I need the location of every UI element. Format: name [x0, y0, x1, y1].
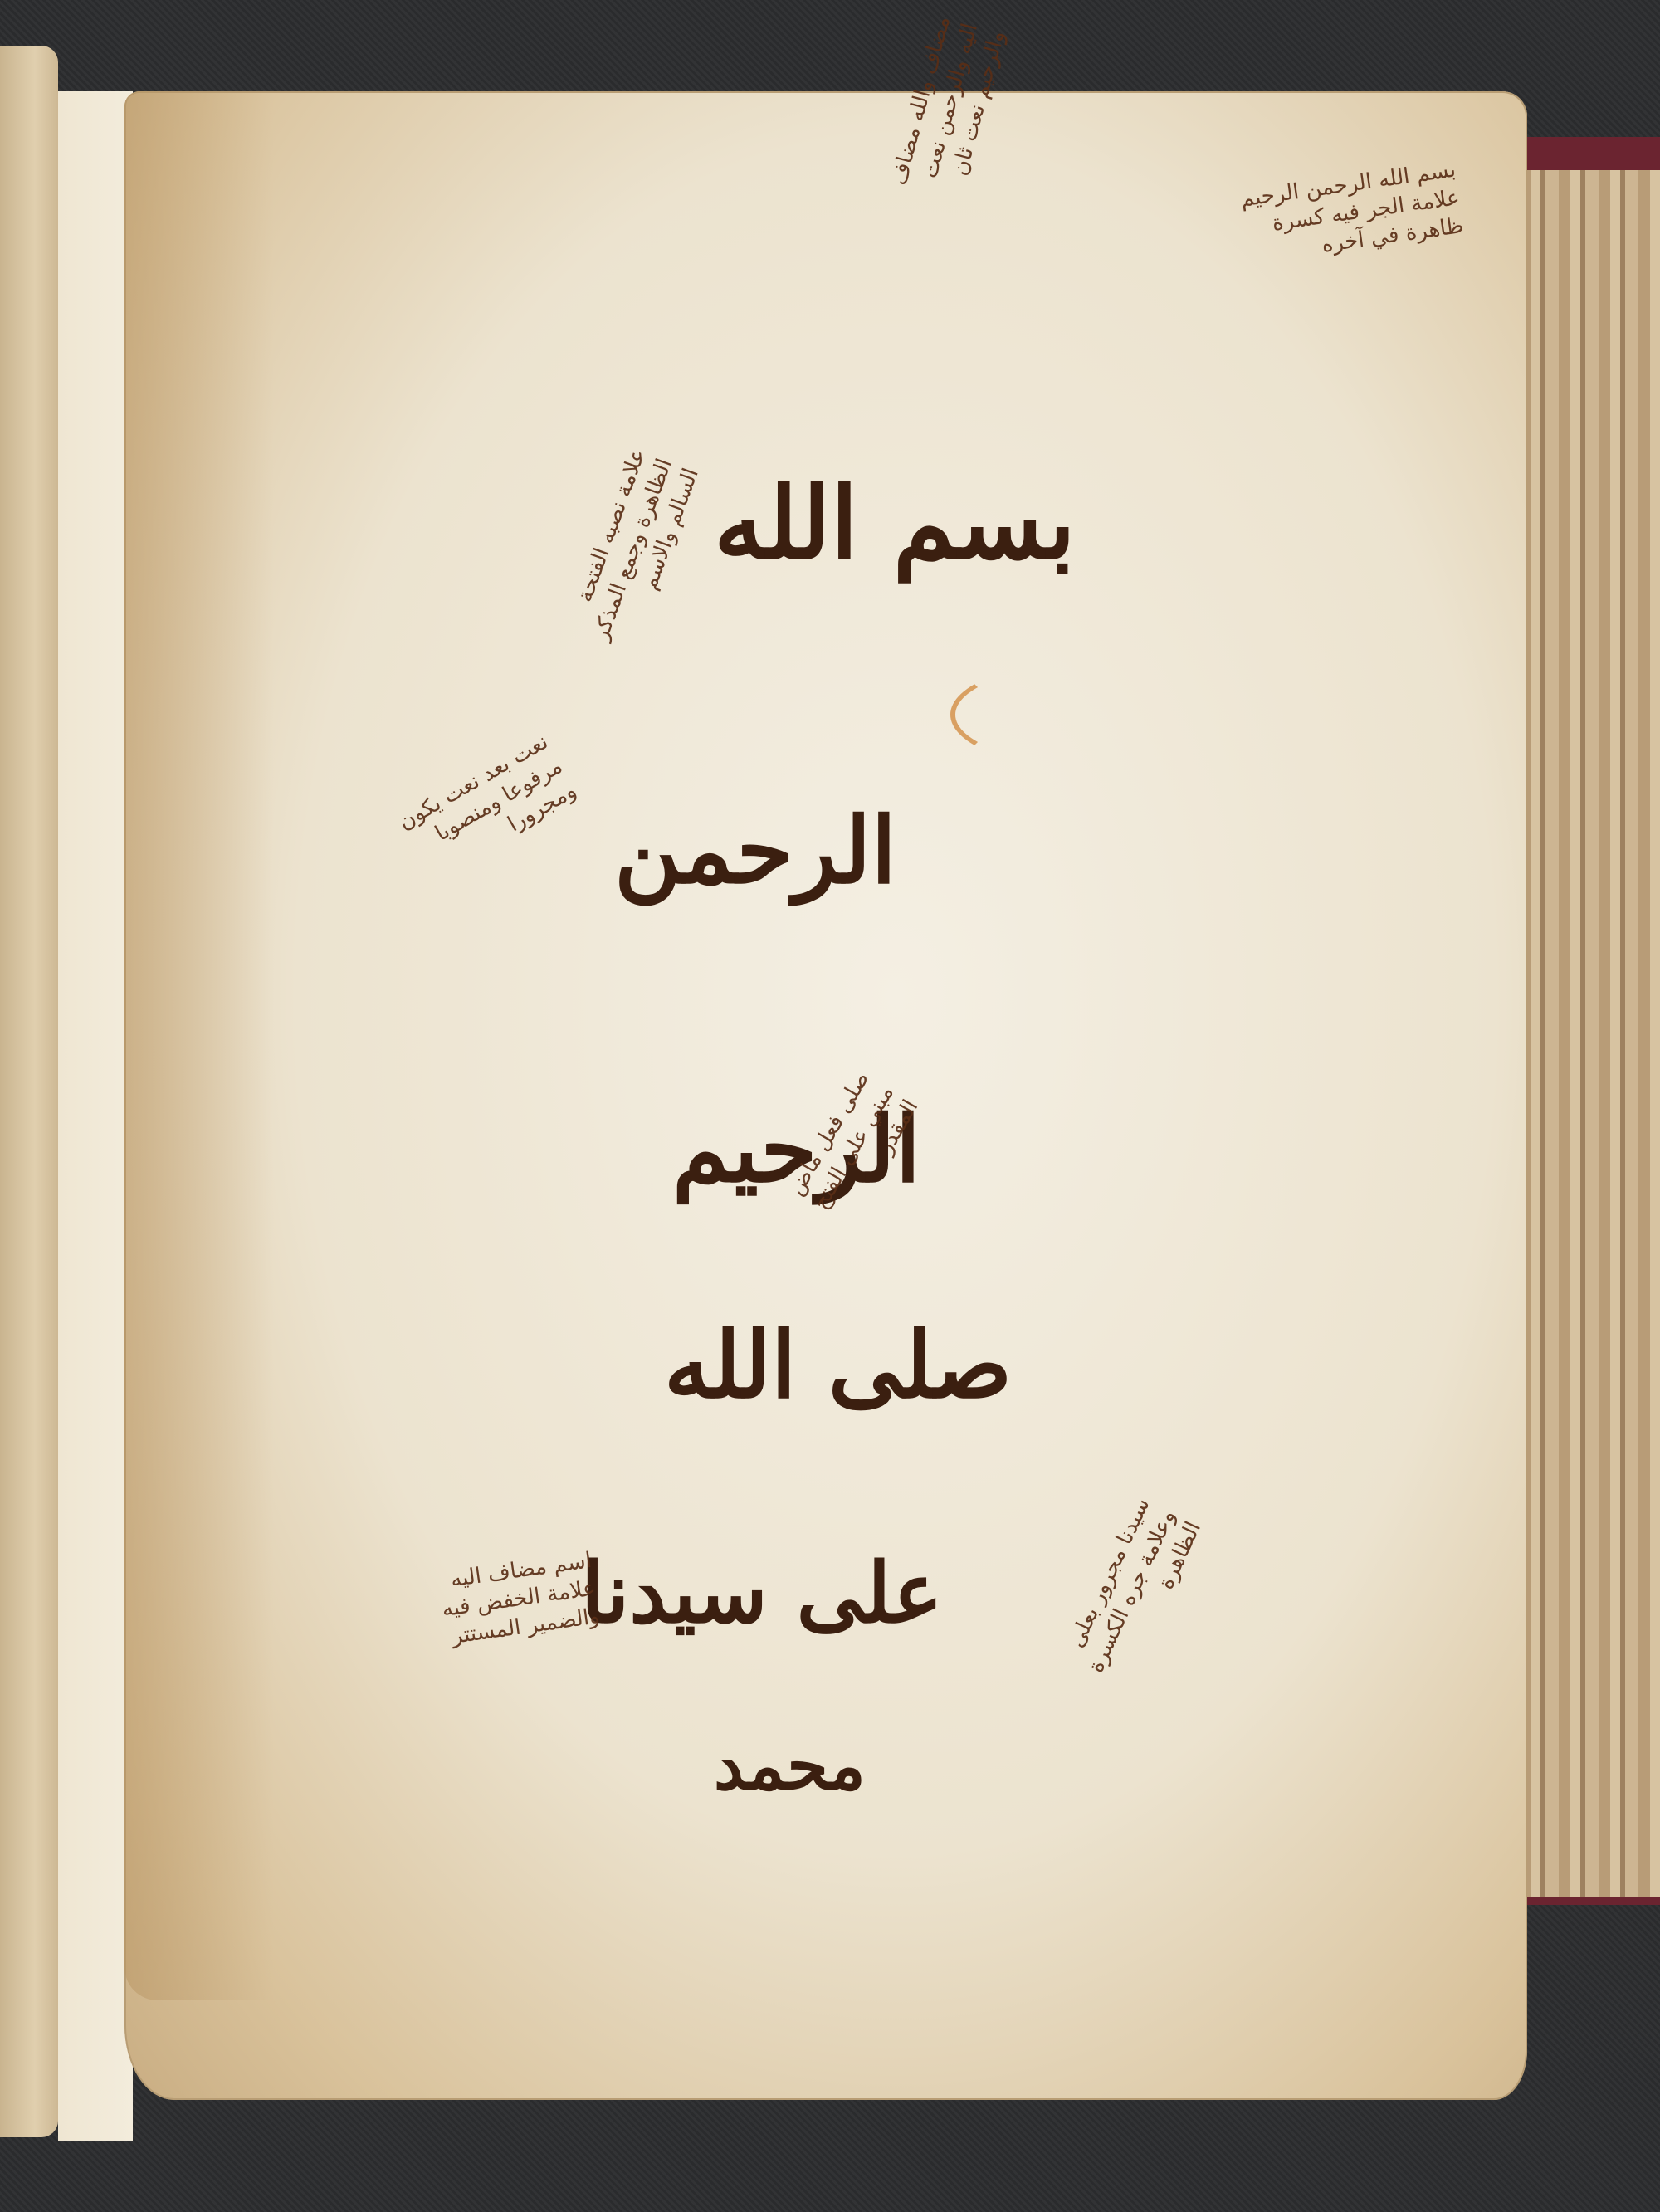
- orange-ink-stroke: [950, 660, 1234, 769]
- water-stain: [124, 91, 274, 2000]
- flyleaf-strip: [58, 91, 133, 2141]
- headline-muhammad: محمد: [714, 1726, 866, 1804]
- headline-rahman: الرحمن: [614, 797, 896, 904]
- page-edges: [1519, 170, 1660, 1897]
- left-facing-page-edge: [0, 46, 58, 2137]
- headline-ala-sayyidina: على سيدنا: [581, 1544, 943, 1642]
- headline-basmala: بسم الله: [714, 465, 1076, 582]
